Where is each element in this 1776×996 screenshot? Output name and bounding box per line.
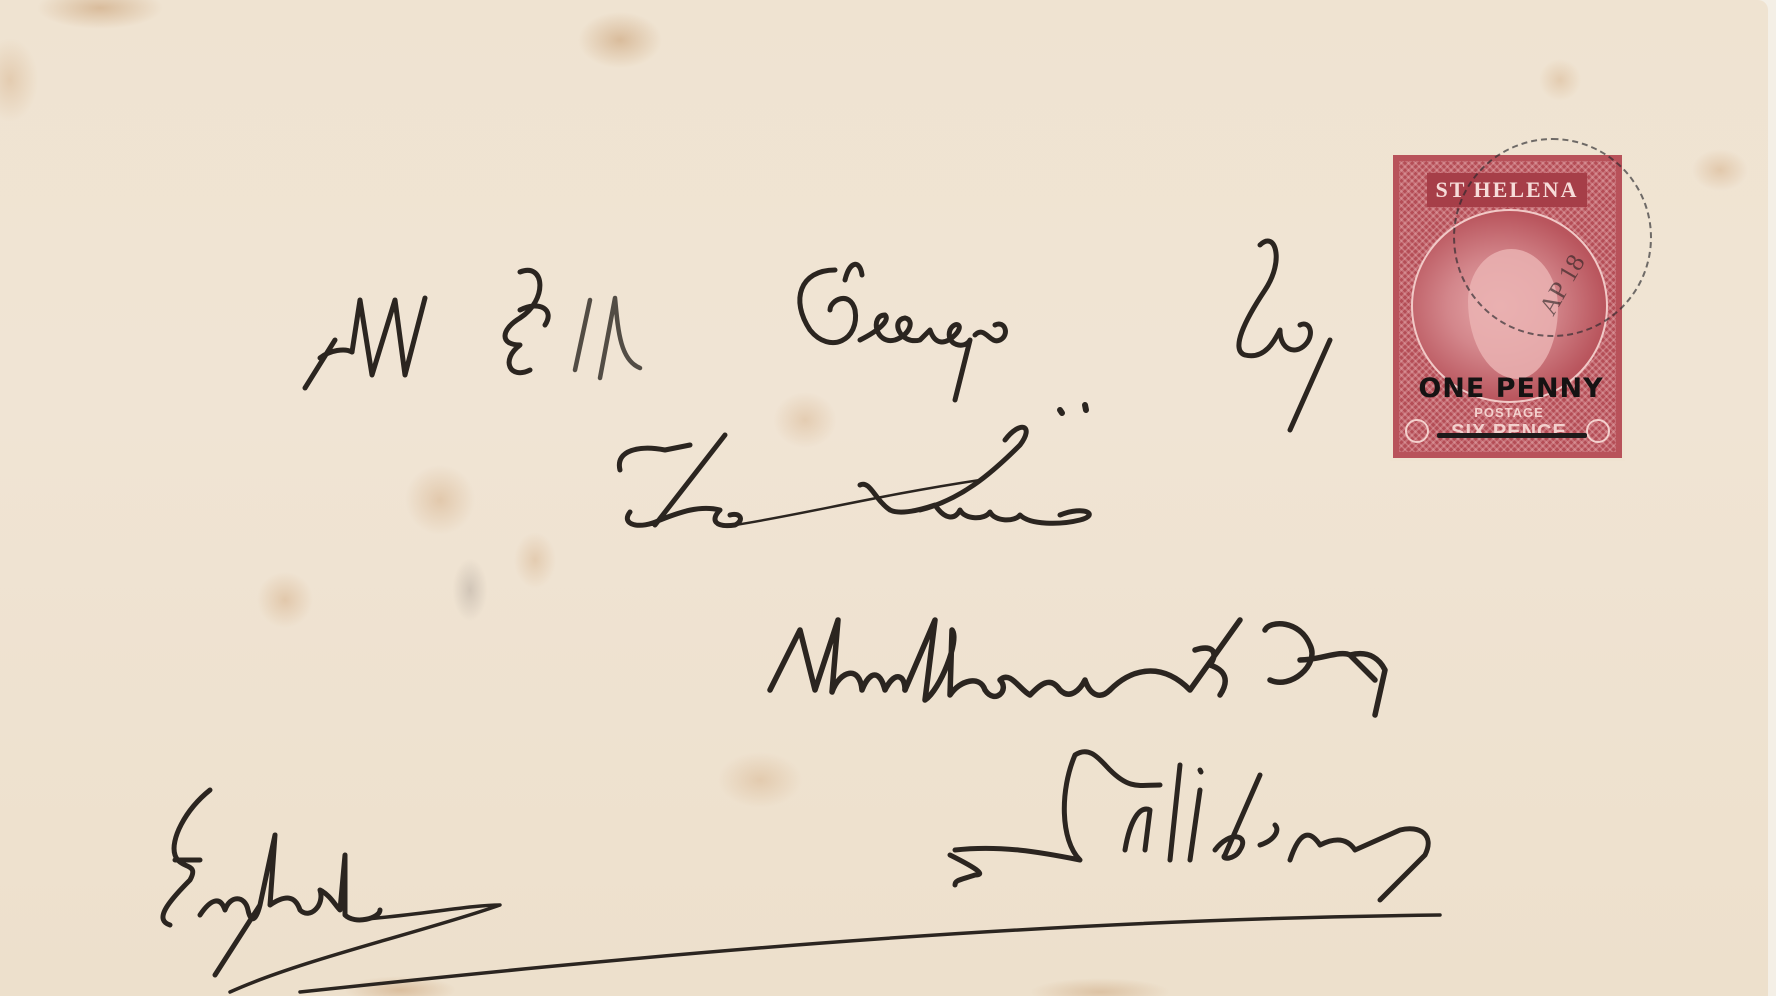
rosette-icon [1405, 419, 1429, 443]
rosette-icon [1586, 419, 1610, 443]
value-strikethrough-bar [1437, 433, 1587, 438]
address-line-1 [305, 241, 1330, 430]
stamp-postage-label: POSTAGE [1469, 405, 1549, 420]
address-line-2 [619, 405, 1089, 526]
stamp-overprint: ONE PENNY [1411, 373, 1611, 404]
address-country [163, 790, 1440, 992]
address-line-3 [770, 620, 1385, 715]
address-line-4 [950, 752, 1428, 900]
